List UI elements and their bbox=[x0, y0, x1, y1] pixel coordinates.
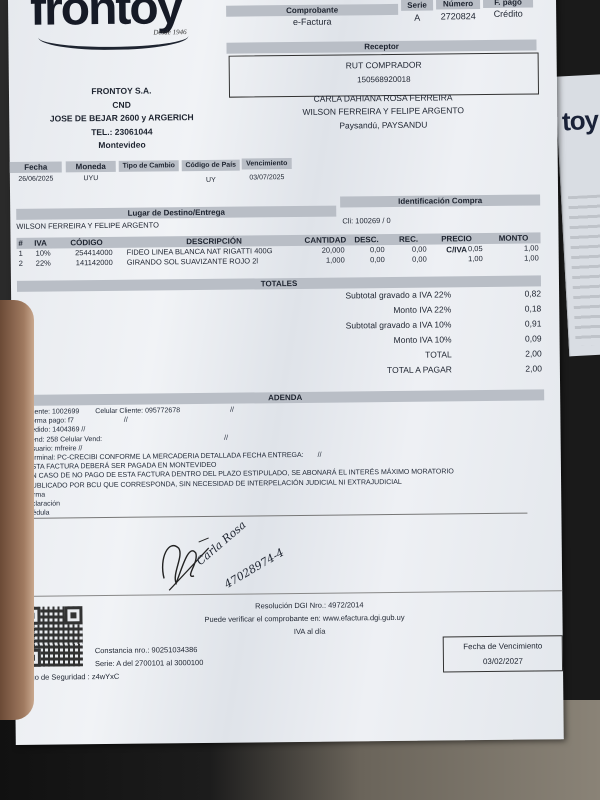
due-date-box: Fecha de Vencimiento 03/02/2027 bbox=[443, 635, 563, 672]
adenda-separator: // bbox=[124, 417, 128, 424]
totals-label: TOTAL A PAGAR bbox=[282, 364, 452, 376]
table-cell: 1,00 bbox=[487, 253, 539, 263]
col-num: # bbox=[16, 238, 24, 249]
numero-value: 2720824 bbox=[436, 11, 480, 21]
adenda-cliente: Cliente: 1002699 bbox=[26, 408, 79, 416]
tipo-cambio-header: Tipo de Cambio bbox=[119, 160, 179, 172]
receptor-city: Paysandú, PAYSANDU bbox=[229, 118, 537, 131]
receptor-header: Receptor bbox=[226, 39, 536, 53]
moneda-header: Moneda bbox=[66, 161, 116, 173]
receptor-address: WILSON FERREIRA Y FELIPE ARGENTO bbox=[229, 104, 537, 117]
totals-label: Subtotal gravado a IVA 22% bbox=[281, 289, 451, 301]
table-cell: 10% bbox=[27, 249, 51, 258]
delivery-header: Lugar de Destino/Entrega bbox=[16, 206, 336, 220]
table-cell: 254414000 bbox=[57, 248, 113, 258]
due-date-label: Fecha de Vencimiento bbox=[444, 641, 562, 651]
totals-label: Subtotal gravado a IVA 10% bbox=[281, 319, 451, 331]
table-cell: 0,00 bbox=[347, 245, 385, 254]
adenda-celular-cliente: Celular Cliente: 095772678 bbox=[95, 407, 180, 415]
serie-value: A bbox=[401, 13, 433, 23]
table-cell: 0,00 bbox=[389, 245, 427, 254]
totals-value: 2,00 bbox=[472, 363, 542, 374]
totals-block: Subtotal gravado a IVA 22%0,82Monto IVA … bbox=[281, 288, 544, 381]
table-cell: 0,05 bbox=[431, 244, 483, 254]
constancia: Constancia nro.: 90251034386 bbox=[95, 645, 198, 655]
adenda-vend: Vend: 258 Celular Vend: bbox=[27, 436, 103, 444]
rut-label: RUT COMPRADOR bbox=[230, 58, 538, 71]
receptor-name: CARLA DAHIANA ROSA FERREIRA bbox=[229, 91, 537, 104]
table-cell: 0,00 bbox=[389, 255, 427, 264]
adenda-terminal: Terminal: PC-CRECIBI CONFORME LA MERCADE… bbox=[27, 452, 304, 462]
totals-value: 0,82 bbox=[471, 288, 541, 299]
hand-holding-paper bbox=[0, 300, 34, 720]
comprobante-value: e-Factura bbox=[226, 16, 398, 28]
purchase-id-value: Cli: 100269 / 0 bbox=[342, 216, 390, 226]
vencimiento-header: Vencimiento bbox=[242, 158, 292, 170]
totals-row: TOTAL A PAGAR2,00 bbox=[282, 363, 544, 381]
totals-value: 2,00 bbox=[472, 348, 542, 359]
verify-link[interactable]: Puede verificar el comprobante en: www.e… bbox=[154, 612, 454, 624]
due-date-value: 03/02/2027 bbox=[444, 656, 562, 666]
totals-label: Monto IVA 22% bbox=[281, 304, 451, 316]
col-codigo: CÓDIGO bbox=[61, 237, 111, 249]
serie-range: Serie: A del 2700101 al 3000100 bbox=[95, 658, 204, 668]
second-sheet-logo: toy bbox=[561, 105, 599, 138]
col-rec: REC. bbox=[388, 234, 428, 245]
issuer-block: FRONTOY S.A. CND JOSE DE BEJAR 2600 y AR… bbox=[29, 84, 215, 153]
fecha-header: Fecha bbox=[10, 161, 62, 173]
fpago-value: Crédito bbox=[483, 9, 533, 20]
totals-label: Monto IVA 10% bbox=[282, 334, 452, 346]
invoice-document: frontoy Desde 1946 FRONTOY S.A. CND JOSE… bbox=[8, 0, 564, 745]
codigo-pais-header: Código de País bbox=[182, 160, 240, 172]
col-cantidad: CANTIDAD bbox=[304, 234, 344, 245]
table-cell: 1,00 bbox=[431, 254, 483, 264]
items-body: 110%254414000FIDEO LINEA BLANCA NAT RIGA… bbox=[17, 243, 541, 268]
second-sheet-lines bbox=[568, 194, 600, 346]
adenda-separator: // bbox=[318, 452, 322, 459]
delivery-value: WILSON FERREIRA Y FELIPE ARGENTO bbox=[16, 220, 159, 230]
col-monto: MONTO bbox=[486, 232, 540, 244]
iva-al-dia: IVA al día bbox=[195, 626, 425, 637]
table-cell: 2 bbox=[17, 259, 25, 268]
fpago-header: F. pago bbox=[483, 0, 533, 8]
logo-tagline: Desde 1946 bbox=[153, 28, 186, 36]
qr-finder bbox=[64, 606, 82, 624]
col-desc: DESC. bbox=[346, 234, 386, 245]
table-cell: 1 bbox=[17, 249, 25, 258]
comprobante-header: Comprobante bbox=[226, 4, 398, 17]
codigo-pais-value: UY bbox=[182, 177, 240, 185]
handwritten-signature: Carla Rosa 47028974-4 bbox=[154, 527, 295, 603]
rut-value: 150568920018 bbox=[230, 73, 538, 85]
resolucion-dgi: Resolución DGI Nro.: 4972/2014 bbox=[194, 600, 424, 611]
totals-value: 0,09 bbox=[472, 333, 542, 344]
purchase-id-header: Identificación Compra bbox=[340, 194, 540, 207]
fecha-value: 26/06/2025 bbox=[10, 175, 62, 183]
adenda-separator: // bbox=[224, 434, 228, 441]
issuer-address: JOSE DE BEJAR 2600 y ARGERICH bbox=[29, 111, 214, 126]
table-cell: FIDEO LINEA BLANCA NAT RIGATTI 400G bbox=[127, 246, 302, 257]
rut-box: RUT COMPRADOR 150568920018 bbox=[229, 52, 539, 97]
adenda-block: Cliente: 1002699Celular Cliente: 0957726… bbox=[26, 402, 557, 519]
totals-label: TOTAL bbox=[282, 349, 452, 361]
moneda-value: UYU bbox=[66, 175, 116, 183]
table-cell: 141142000 bbox=[57, 258, 113, 268]
table-cell: 22% bbox=[27, 259, 51, 268]
adenda-separator: // bbox=[230, 407, 234, 414]
vencimiento-value: 03/07/2025 bbox=[242, 174, 292, 182]
table-cell: 1,00 bbox=[487, 243, 539, 253]
issuer-city: Montevideo bbox=[29, 138, 214, 153]
table-cell: 0,00 bbox=[347, 255, 385, 264]
totals-value: 0,18 bbox=[471, 303, 541, 314]
totals-value: 0,91 bbox=[471, 318, 541, 329]
table-cell: 1,000 bbox=[305, 255, 345, 264]
numero-header: Número bbox=[436, 0, 480, 10]
table-cell: GIRANDO SOL SUAVIZANTE ROJO 2l bbox=[127, 256, 302, 267]
serie-header: Serie bbox=[401, 0, 433, 11]
col-iva: IVA bbox=[30, 238, 50, 249]
items-table: # IVA CÓDIGO DESCRIPCIÓN CANTIDAD DESC. … bbox=[16, 232, 540, 268]
table-cell: 20,000 bbox=[305, 245, 345, 254]
tipo-cambio-value bbox=[119, 174, 179, 175]
